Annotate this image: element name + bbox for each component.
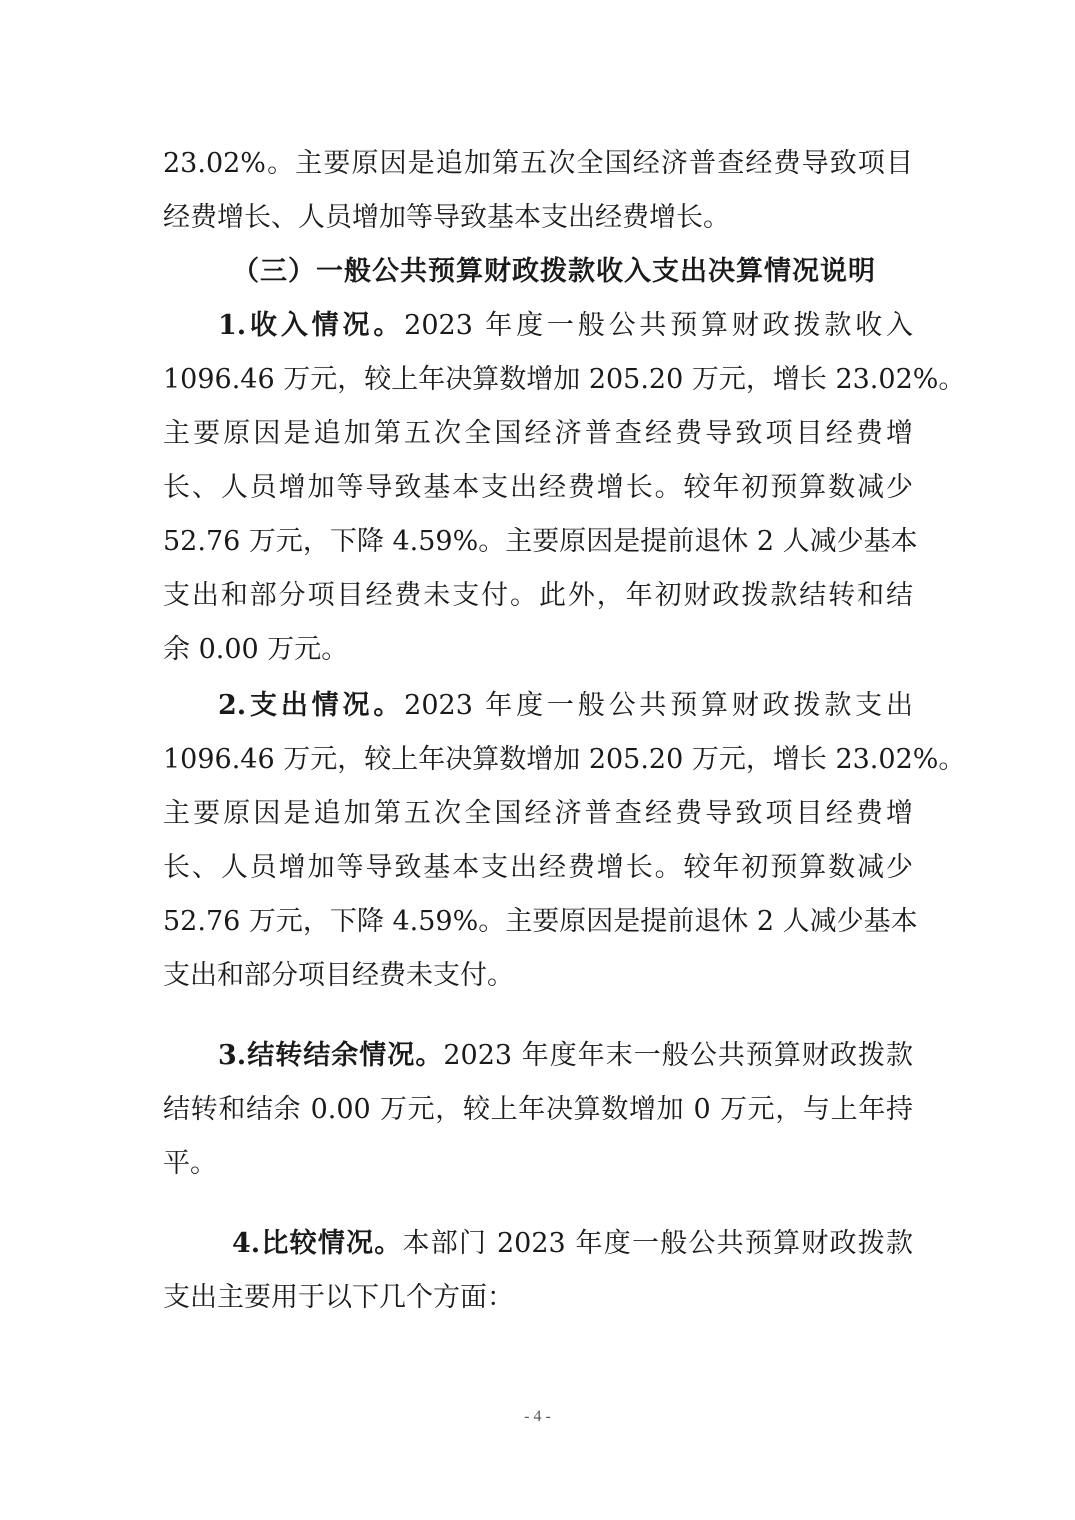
paragraph-1-line-1: 1.收入情况。2023 年度一般公共预算财政拨款收入 bbox=[218, 308, 913, 344]
text-span: 本部门 2023 年度一般公共预算财政拨款 bbox=[403, 1228, 913, 1259]
text-line: 52.76 万元，下降 4.59%。主要原因是提前退休 2 人减少基本 bbox=[163, 904, 913, 940]
section-heading: （三）一般公共预算财政拨款收入支出决算情况说明 bbox=[232, 254, 876, 290]
text-line: 52.76 万元，下降 4.59%。主要原因是提前退休 2 人减少基本 bbox=[163, 524, 913, 560]
text-line: 主要原因是追加第五次全国经济普查经费导致项目经费增 bbox=[163, 416, 913, 452]
text-line: 经费增长、人员增加等导致基本支出经费增长。 bbox=[163, 200, 913, 236]
text-line: 长、人员增加等导致基本支出经费增长。较年初预算数减少 bbox=[163, 850, 913, 886]
text-line: 1096.46 万元，较上年决算数增加 205.20 万元，增长 23.02%。 bbox=[163, 362, 913, 398]
text-line: 支出和部分项目经费未支付。此外，年初财政拨款结转和结 bbox=[163, 578, 913, 614]
text-line: 结转和结余 0.00 万元，较上年决算数增加 0 万元，与上年持 bbox=[163, 1092, 913, 1128]
text-span: 2023 年度年末一般公共预算财政拨款 bbox=[443, 1040, 913, 1071]
paragraph-lead: 4.比较情况。 bbox=[232, 1228, 403, 1259]
text-line: 支出主要用于以下几个方面： bbox=[163, 1280, 913, 1316]
paragraph-3-line-1: 3.结转结余情况。2023 年度年末一般公共预算财政拨款 bbox=[218, 1038, 913, 1074]
paragraph-2-line-1: 2.支出情况。2023 年度一般公共预算财政拨款支出 bbox=[218, 688, 913, 724]
text-line: 余 0.00 万元。 bbox=[163, 632, 913, 668]
paragraph-4-line-1: 4.比较情况。本部门 2023 年度一般公共预算财政拨款 bbox=[232, 1226, 913, 1262]
paragraph-lead: 1.收入情况。 bbox=[218, 310, 404, 341]
text-line: 支出和部分项目经费未支付。 bbox=[163, 958, 913, 994]
text-line: 23.02%。主要原因是追加第五次全国经济普查经费导致项目 bbox=[163, 146, 913, 182]
text-span: 2023 年度一般公共预算财政拨款支出 bbox=[404, 690, 913, 721]
document-page: 23.02%。主要原因是追加第五次全国经济普查经费导致项目 经费增长、人员增加等… bbox=[0, 0, 1075, 1520]
paragraph-lead: 2.支出情况。 bbox=[218, 690, 404, 721]
text-line: 平。 bbox=[163, 1146, 913, 1182]
page-number: - 4 - bbox=[0, 1408, 1075, 1426]
paragraph-lead: 3.结转结余情况。 bbox=[218, 1040, 443, 1071]
text-line: 长、人员增加等导致基本支出经费增长。较年初预算数减少 bbox=[163, 470, 913, 506]
text-line: 1096.46 万元，较上年决算数增加 205.20 万元，增长 23.02%。 bbox=[163, 742, 913, 778]
text-line: 主要原因是追加第五次全国经济普查经费导致项目经费增 bbox=[163, 796, 913, 832]
text-span: 2023 年度一般公共预算财政拨款收入 bbox=[404, 310, 913, 341]
